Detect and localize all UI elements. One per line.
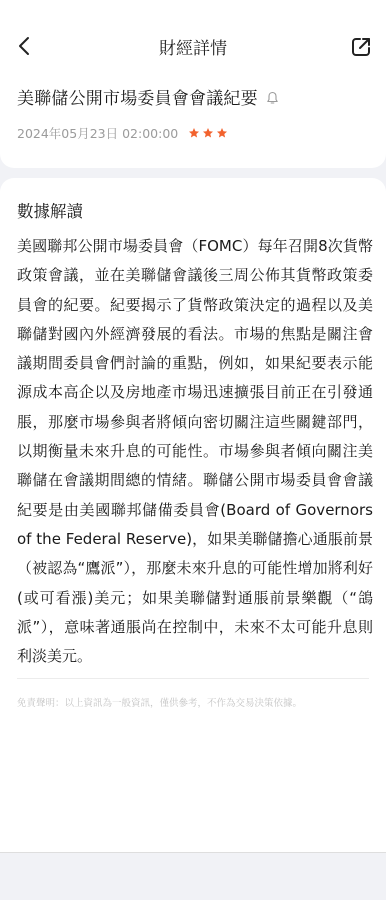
event-timestamp: 2024年05月23日 02:00:00 [17, 124, 178, 142]
nav-bar: 財經詳情 [0, 28, 386, 64]
divider [17, 678, 369, 679]
disclaimer-text: 免責聲明：以上資訊為一般資訊，僅供參考，不作為交易決策依據。 [17, 695, 302, 709]
reminder-button[interactable] [265, 90, 281, 106]
event-header-card: 財經詳情 美聯儲公開市場委員會會議紀要 2024年05月23日 02:00:00 [0, 0, 386, 168]
bell-icon [266, 91, 279, 105]
share-external-icon [350, 36, 372, 58]
star-icon [216, 127, 228, 139]
event-title-row: 美聯儲公開市場委員會會議紀要 [17, 84, 281, 109]
event-title: 美聯儲公開市場委員會會議紀要 [17, 84, 258, 109]
star-icon [188, 127, 200, 139]
page-title: 財經詳情 [0, 34, 386, 59]
section-title: 數據解讀 [17, 198, 83, 222]
event-meta: 2024年05月23日 02:00:00 [17, 124, 228, 142]
bottom-bar [0, 852, 386, 900]
share-button[interactable] [348, 34, 374, 60]
analysis-card: 數據解讀 美國聯邦公開市場委員會（FOMC）每年召開8次貨幣政策會議，並在美聯儲… [0, 178, 386, 852]
star-icon [202, 127, 214, 139]
analysis-body: 美國聯邦公開市場委員會（FOMC）每年召開8次貨幣政策會議，並在美聯儲會議後三周… [17, 232, 373, 671]
importance-rating [188, 127, 228, 139]
